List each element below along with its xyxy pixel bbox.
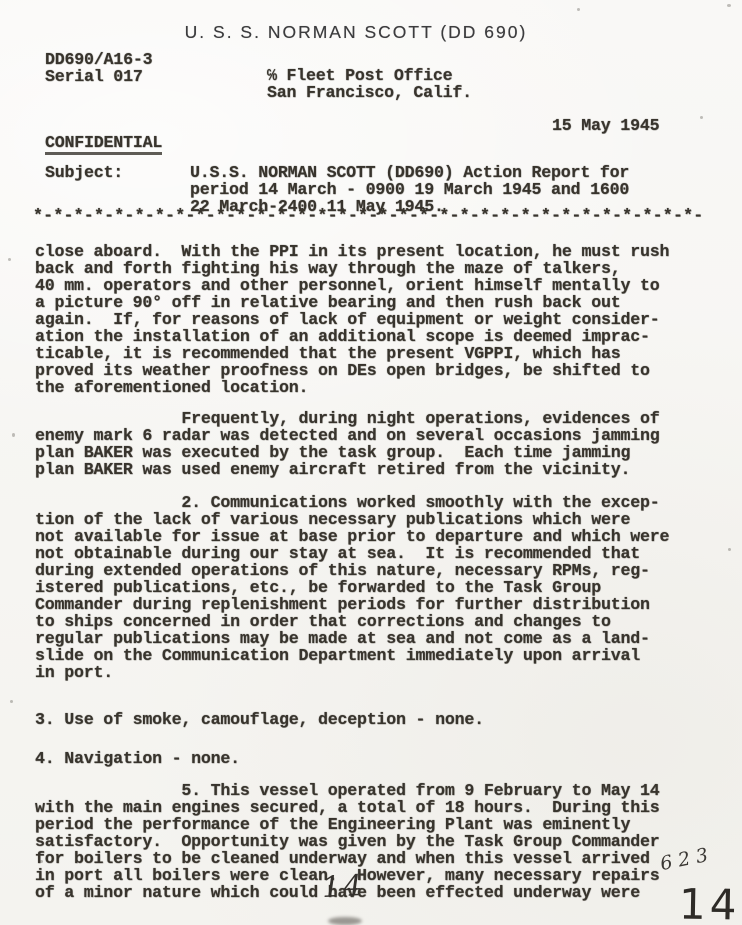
scan-speck xyxy=(12,433,15,437)
document-date: 15 May 1945 xyxy=(552,117,659,134)
ship-title: U. S. S. NORMAN SCOTT (DD 690) xyxy=(0,22,712,43)
scan-speck xyxy=(8,258,11,261)
file-reference-number: DD690/A16-3 xyxy=(45,51,152,68)
document-page: U. S. S. NORMAN SCOTT (DD 690) DD690/A16… xyxy=(0,0,742,925)
scan-speck xyxy=(727,4,731,7)
paragraph-ppi-location: close aboard. With the PPI in its presen… xyxy=(35,243,730,396)
return-address-block: ℅ Fleet Post Office San Francisco, Calif… xyxy=(267,67,472,101)
scan-speck xyxy=(728,548,731,551)
scan-speck xyxy=(700,116,703,119)
file-reference-block: DD690/A16-3 Serial 017 xyxy=(45,51,152,85)
paragraph-engineering: 5. This vessel operated from 9 February … xyxy=(35,782,730,901)
item-navigation: 4. Navigation - none. xyxy=(35,750,730,767)
serial-number: Serial 017 xyxy=(45,68,152,85)
address-line-1: ℅ Fleet Post Office xyxy=(267,67,472,84)
report-body: close aboard. With the PPI in its presen… xyxy=(35,243,730,901)
handwritten-page-number: 14 xyxy=(321,868,366,904)
asterisk-separator: *-*-*-*-*-*-*-*-*-*-*-*-*-*-*-*-*-*-*-*-… xyxy=(33,207,703,224)
address-line-2: San Francisco, Calif. xyxy=(267,84,472,101)
scan-speck xyxy=(10,700,13,703)
subject-label: Subject: xyxy=(45,164,123,181)
item-smoke-camouflage: 3. Use of smoke, camouflage, deception -… xyxy=(35,711,730,728)
classification-stamp: CONFIDENTIAL xyxy=(45,134,162,155)
scan-speck xyxy=(40,860,43,863)
scan-speck xyxy=(577,8,580,11)
handwritten-corner-page-number: 14 xyxy=(679,879,741,925)
scan-smudge xyxy=(328,917,362,925)
paragraph-communications: 2. Communications worked smoothly with t… xyxy=(35,494,730,681)
paragraph-enemy-radar: Frequently, during night operations, evi… xyxy=(35,410,730,478)
